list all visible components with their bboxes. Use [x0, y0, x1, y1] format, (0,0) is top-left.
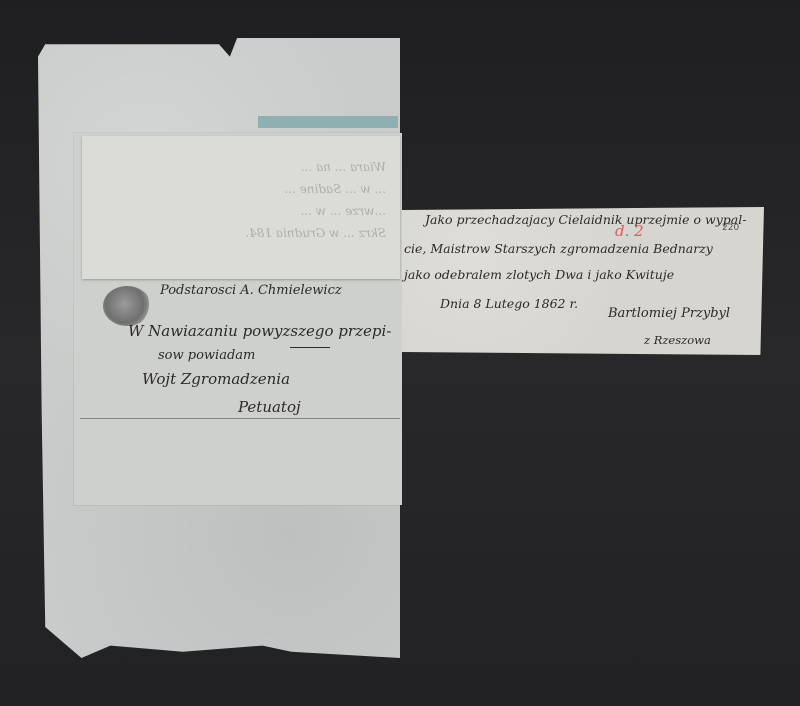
receipt-line: jako odebralem zlotych Dwa i jako Kwituj… [404, 267, 674, 282]
bleedthrough-text: Wiara ... na ... ... w ... Sadine ... ..… [96, 156, 386, 244]
bleed-line: Skrz ... w Grudnia 184. [96, 222, 386, 244]
body-line: sow powiadam [158, 348, 255, 363]
body-line: W Nawiazaniu powyzszego przepi- [128, 322, 391, 340]
header-signature: Podstarosci A. Chmielewicz [160, 283, 342, 298]
top-flap-sheet: Wiara ... na ... ... w ... Sadine ... ..… [82, 136, 400, 279]
receipt-signature: Bartlomiej Przybyl [608, 306, 730, 321]
bleed-line: Wiara ... na ... [96, 156, 386, 178]
round-seal-stamp [103, 286, 151, 326]
receipt-line: Jako przechadzajacy Cielaidnik uprzejmie… [425, 212, 746, 227]
receipt-place: z Rzeszowa [644, 333, 711, 347]
signature: Petuatoj [238, 398, 301, 416]
blue-paper-tab [258, 116, 398, 128]
receipt-line: cie, Maistrow Starszych zgromadzenia Bed… [404, 241, 713, 256]
bleed-line: ... w ... Sadine ... [96, 178, 386, 200]
ruled-line [80, 418, 400, 419]
receipt-date: Dnia 8 Lutego 1862 r. [440, 296, 578, 311]
body-line: Wojt Zgromadzenia [142, 370, 290, 388]
bleed-line: ...wrze ... w ... [96, 200, 386, 222]
pen-flourish [290, 347, 330, 348]
